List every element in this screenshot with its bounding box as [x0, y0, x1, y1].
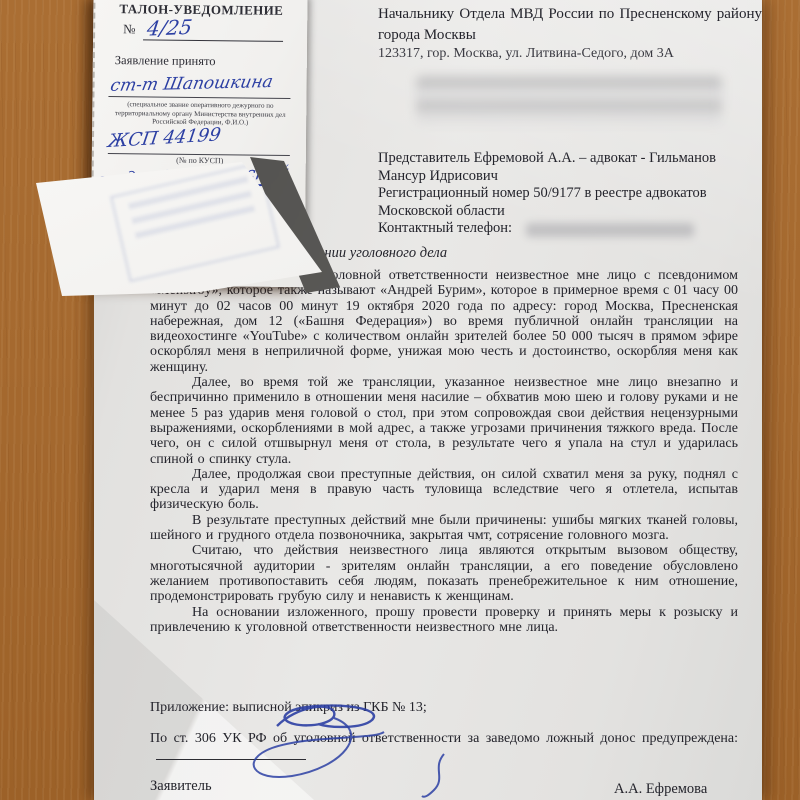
addressee-block: Начальнику Отдела МВД России по Пресненс…: [378, 4, 762, 45]
talon-slip: ТАЛОН-УВЕДОМЛЕНИЕ № 4/25 Заявление приня…: [90, 0, 307, 287]
officer-caption: (специальное звание оперативного дежурно…: [100, 100, 300, 128]
body-paragraph: На основании изложенного, прошу провести…: [150, 605, 738, 636]
subject-line: ждении уголовного дела: [297, 245, 447, 262]
body-paragraph: В результате преступных действий мне был…: [150, 513, 738, 544]
department-handwritten: отдел Пресненский: [94, 162, 291, 193]
applicant-label: Заявитель: [150, 778, 212, 795]
representative-line: Представитель Ефремовой А.А. – адвокат -…: [378, 150, 766, 185]
signature-tail-ink: [410, 752, 470, 800]
officer-underline: [108, 96, 290, 99]
redaction-blur-phone: [526, 223, 694, 237]
talon-accepted-label: Заявление принято: [115, 53, 216, 69]
letter-body: Прошу привлечь к уголовной ответственнос…: [150, 268, 738, 635]
body-paragraph: Считаю, что действия неизвестного лица я…: [150, 543, 738, 604]
body-paragraph: Далее, во время той же трансляции, указа…: [150, 375, 738, 467]
redaction-blur-applicant: [416, 76, 722, 124]
officer-handwritten: ст-т Шапошкина: [109, 72, 275, 96]
kusp-handwritten: ЖСП 44199: [107, 124, 223, 152]
document-photo: { "talon": { "title": "ТАЛОН-УВЕДОМЛЕНИЕ…: [0, 0, 800, 800]
address-line: 123317, гор. Москва, ул. Литвина-Седого,…: [378, 46, 778, 62]
department-caption: (наименование территориального органа Ми…: [109, 190, 309, 201]
talon-number-underline: [143, 39, 283, 41]
talon-number-label: №: [123, 21, 136, 37]
registration-line: Регистрационный номер 50/9177 в реестре …: [378, 185, 766, 220]
body-paragraph: Далее, продолжая свои преступные действи…: [150, 467, 738, 513]
applicant-name: А.А. Ефремова: [614, 781, 707, 798]
talon-title: ТАЛОН-УВЕДОМЛЕНИЕ: [95, 1, 307, 19]
talon-number-handwritten: 4/25: [146, 15, 194, 41]
